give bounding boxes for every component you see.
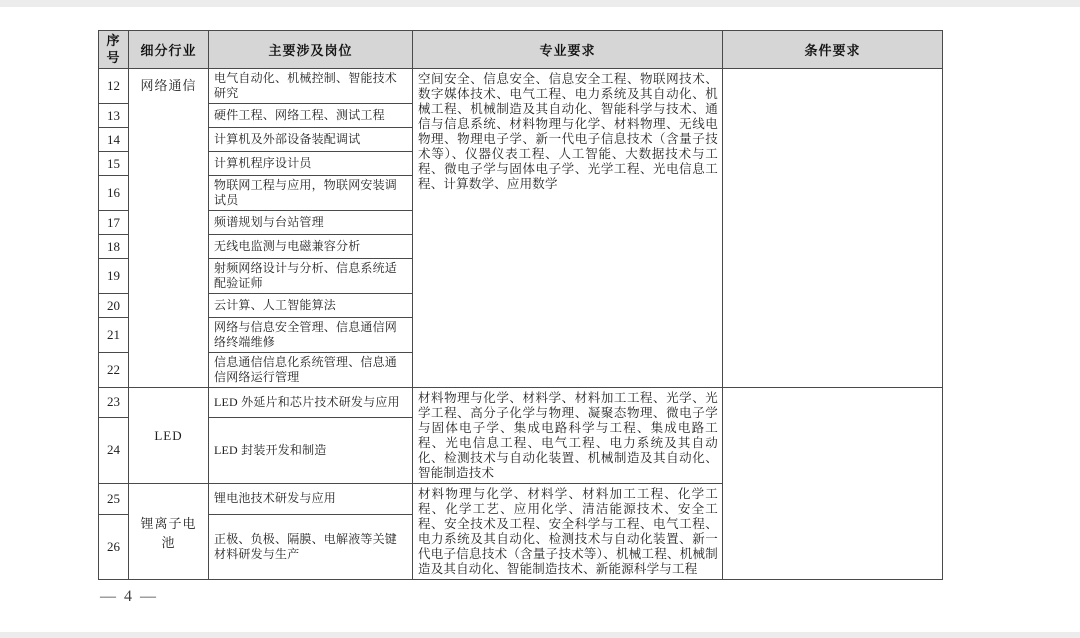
industry-positions-table: 序号 细分行业 主要涉及岗位 专业要求 条件要求 12 网络通信 电气自动化、机… [98,30,943,580]
cell-condition-req [723,69,943,388]
cell-serial: 13 [99,104,129,128]
cell-position: 信息通信信息化系统管理、信息通信网络运行管理 [209,353,413,388]
cell-serial: 25 [99,484,129,515]
cell-serial: 18 [99,235,129,259]
cell-position: 云计算、人工智能算法 [209,294,413,318]
col-header-cond-req: 条件要求 [723,31,943,69]
cell-position: 硬件工程、网络工程、测试工程 [209,104,413,128]
cell-position: 锂电池技术研发与应用 [209,484,413,515]
cell-position: 物联网工程与应用，物联网安装调试员 [209,176,413,211]
table-row: 12 网络通信 电气自动化、机械控制、智能技术研究 空间安全、信息安全、信息安全… [99,69,943,104]
cell-industry: LED [129,388,209,484]
cell-serial: 12 [99,69,129,104]
cell-major-req: 材料物理与化学、材料学、材料加工工程、化学工程、化学工艺、应用化学、清洁能源技术… [413,484,723,580]
cell-serial: 14 [99,128,129,152]
table-row: 23 LED LED 外延片和芯片技术研发与应用 材料物理与化学、材料学、材料加… [99,388,943,418]
scanned-document-page: 序号 细分行业 主要涉及岗位 专业要求 条件要求 12 网络通信 电气自动化、机… [0,0,1080,638]
cell-major-req: 空间安全、信息安全、信息安全工程、物联网技术、数字媒体技术、电气工程、电力系统及… [413,69,723,388]
cell-position: 网络与信息安全管理、信息通信网络终端维修 [209,318,413,353]
cell-major-req: 材料物理与化学、材料学、材料加工工程、光学、光学工程、高分子化学与物理、凝聚态物… [413,388,723,484]
table-header-row: 序号 细分行业 主要涉及岗位 专业要求 条件要求 [99,31,943,69]
col-header-position: 主要涉及岗位 [209,31,413,69]
cell-position: 计算机程序设计员 [209,152,413,176]
cell-position: 无线电监测与电磁兼容分析 [209,235,413,259]
cell-serial: 23 [99,388,129,418]
cell-serial: 22 [99,353,129,388]
cell-serial: 24 [99,417,129,483]
cell-position: 电气自动化、机械控制、智能技术研究 [209,69,413,104]
cell-position: 射频网络设计与分析、信息系统适配验证师 [209,259,413,294]
cell-serial: 16 [99,176,129,211]
col-header-industry: 细分行业 [129,31,209,69]
cell-serial: 21 [99,318,129,353]
page-edge-shade-bottom [0,632,1080,638]
cell-serial: 26 [99,514,129,579]
cell-serial: 15 [99,152,129,176]
col-header-serial: 序号 [99,31,129,69]
cell-serial: 19 [99,259,129,294]
cell-serial: 17 [99,211,129,235]
cell-condition-req [723,388,943,580]
cell-position: 计算机及外部设备装配调试 [209,128,413,152]
cell-position: 正极、负极、隔膜、电解液等关键材料研发与生产 [209,514,413,579]
page-edge-shade-top [0,0,1080,7]
col-header-major-req: 专业要求 [413,31,723,69]
cell-industry: 锂离子电池 [129,484,209,580]
cell-position: LED 封装开发和制造 [209,417,413,483]
cell-position: 频谱规划与台站管理 [209,211,413,235]
cell-serial: 20 [99,294,129,318]
cell-position: LED 外延片和芯片技术研发与应用 [209,388,413,418]
page-number: — 4 — [100,588,158,606]
cell-industry: 网络通信 [129,69,209,388]
